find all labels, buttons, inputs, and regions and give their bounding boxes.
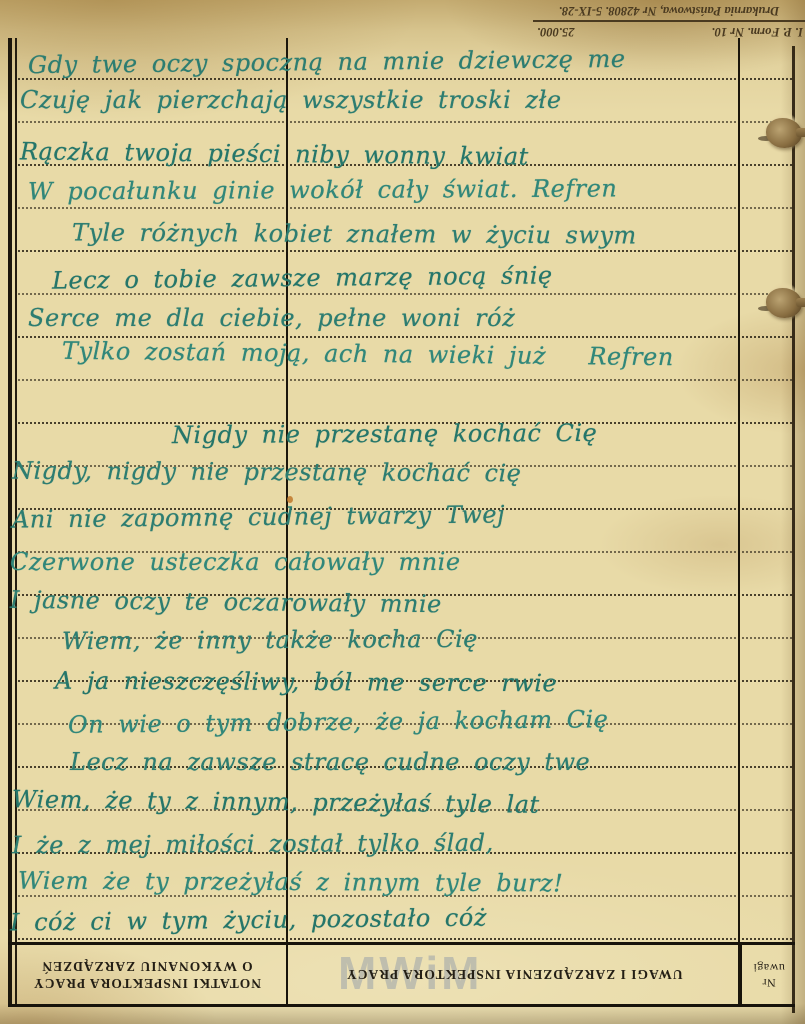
imprint-rule <box>533 20 805 22</box>
footer-cell-number: Nr uwagi <box>740 945 795 1004</box>
footer-notes-line1: NOTATKI INSPEKTORA PRACY <box>33 975 261 992</box>
handwritten-line-18: Wiem, że ty z innym, przeżyłaś tyle lat <box>12 787 540 817</box>
footer-number-line1: Nr <box>753 975 785 990</box>
handwritten-line-6: Lecz o tobie zawsze marzę nocą śnię <box>52 263 553 292</box>
ruled-line <box>15 207 792 209</box>
handwritten-line-16: On wie o tym dobrze, że ja kocham Cię <box>68 707 609 737</box>
handwritten-line-2: Czuję jak pierzchają wszystkie troski zł… <box>20 88 562 112</box>
handwritten-line-14: Wiem, że inny także kocha Cię <box>62 627 478 653</box>
handwritten-line-1: Gdy twe oczy spoczną na mnie dziewczę me <box>28 47 626 77</box>
handwritten-line-9: Nigdy nie przestanę kochać Cię <box>172 421 597 447</box>
ruled-line <box>15 938 792 940</box>
page-edge-shadow <box>792 46 795 1013</box>
handwritten-line-3: Rączka twoja pieści niby wonny kwiat <box>20 139 529 168</box>
ruled-line <box>15 250 792 252</box>
handwritten-line-10: Nigdy, nigdy nie przestanę kochać cię <box>12 459 521 486</box>
form-footer-table: NOTATKI INSPEKTORA PRACY O WYKONANIU ZAR… <box>8 942 795 1007</box>
ruled-line <box>15 78 792 80</box>
handwritten-line-13: I jasne oczy te oczarowały mnie <box>10 588 442 617</box>
footer-notes-line2: O WYKONANIU ZARZĄDZEŃ <box>33 958 261 975</box>
footer-number-line2: uwagi <box>753 960 785 975</box>
handwritten-line-15: A ja nieszczęśliwy, ból me serce rwie <box>55 669 557 696</box>
printer-imprint: I. P. Form. Nr 10. 25.000. Drukarnia Pań… <box>533 3 805 39</box>
ink-speck <box>287 496 293 503</box>
ruled-line <box>15 379 792 381</box>
handwritten-line-4: W pocałunku ginie wokół cały świat. Refr… <box>28 176 617 203</box>
form-number: I. P. Form. Nr 10. <box>712 24 803 39</box>
handwritten-line-17: Lecz na zawsze stracę cudne oczy twe <box>70 750 590 774</box>
footer-remarks-label: UWAGI I ZARZĄDZENIA INSPEKTORA PRACY <box>346 966 683 983</box>
footer-cell-remarks: UWAGI I ZARZĄDZENIA INSPEKTORA PRACY <box>288 945 740 1004</box>
handwritten-line-21: I cóż ci w tym życiu, pozostało cóż <box>10 906 487 935</box>
footer-cell-notes: NOTATKI INSPEKTORA PRACY O WYKONANIU ZAR… <box>8 945 288 1004</box>
handwritten-line-12: Czerwone usteczka całowały mnie <box>10 550 461 574</box>
twine-tail <box>796 298 805 307</box>
ruled-line <box>15 121 792 123</box>
handwritten-line-5: Tyle różnych kobiet znałem w życiu swym <box>72 221 637 248</box>
print-run: 25.000. <box>537 24 575 39</box>
handwritten-line-7: Serce me dla ciebie, pełne woni róż <box>28 306 515 330</box>
binding-twine-hole <box>756 106 805 164</box>
printer-name: Drukarnia Państwowa, Nr 42808. 5-IX-28. <box>533 3 805 18</box>
binding-twine-hole <box>756 276 805 334</box>
handwritten-line-8: Tylko zostań moją, ach na wieki już Refr… <box>62 339 674 369</box>
handwritten-line-11: Ani nie zapomnę cudnej twarzy Twej <box>12 502 505 531</box>
handwritten-line-19: I że z mej miłości został tylko ślad, <box>12 831 494 858</box>
scanned-page: I. P. Form. Nr 10. 25.000. Drukarnia Pań… <box>0 0 805 1024</box>
twine-tail <box>796 128 805 137</box>
handwritten-line-20: Wiem że ty przeżyłaś z innym tyle burz! <box>18 869 563 896</box>
right-column-divider-line <box>738 38 740 1007</box>
